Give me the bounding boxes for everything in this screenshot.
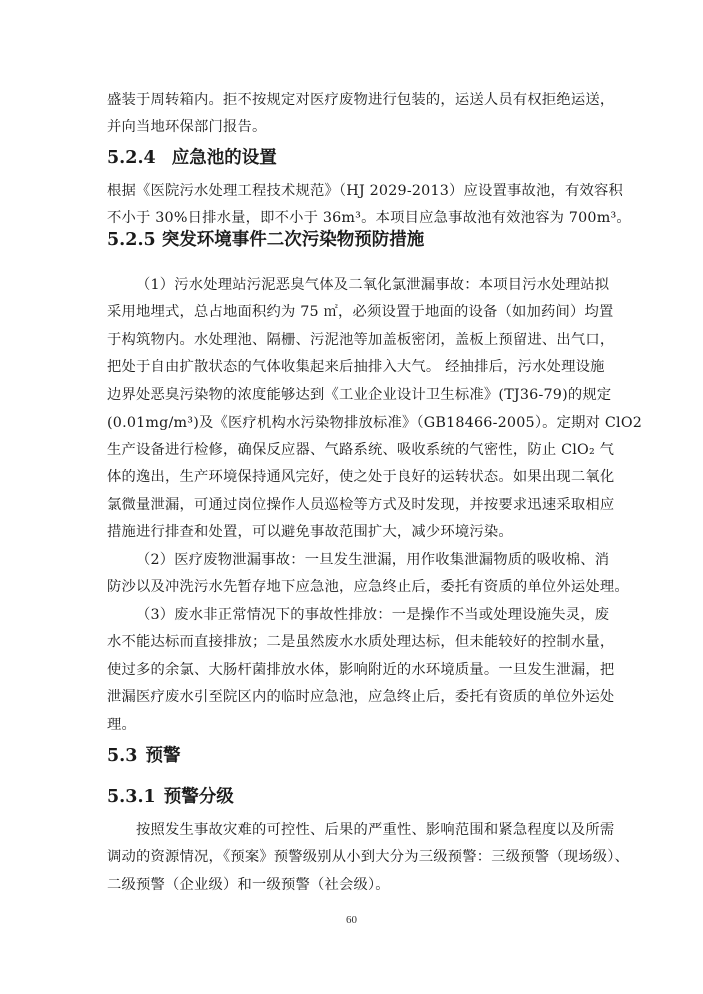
paragraph-line: （3）废水非正常情况下的事故性排放：一是操作不当或处理设施失灵，废 xyxy=(107,605,597,625)
paragraph-line: (0.01mg/m³)及《医疗机构水污染物排放标准》（GB18466-2005）… xyxy=(107,413,597,433)
paragraph-line: 氯微量泄漏，可通过岗位操作人员巡检等方式及时发现，并按要求迅速采取相应 xyxy=(107,495,597,515)
paragraph-line: 把处于自由扩散状态的气体收集起来后抽排入大气。 经抽排后，污水处理设施 xyxy=(107,357,597,377)
paragraph-line: 水不能达标而直接排放；二是虽然废水水质处理达标，但未能较好的控制水量， xyxy=(107,632,597,652)
section-heading-5-2-5: 5.2.5突发环境事件二次污染物预防措施 xyxy=(107,228,424,252)
paragraph-line: （1）污水处理站污泥恶臭气体及二氧化氯泄漏事故：本项目污水处理站拟 xyxy=(107,275,597,295)
paragraph-line: 根据《医院污水处理工程技术规范》（HJ 2029-2013）应设置事故池，有效容… xyxy=(107,181,597,201)
paragraph-line: 措施进行排查和处置，可以避免事故范围扩大，减少环境污染。 xyxy=(107,522,597,542)
paragraph-line: （2）医疗废物泄漏事故：一旦发生泄漏，用作收集泄漏物质的吸收棉、消 xyxy=(107,550,597,570)
heading-number: 5.2.5 xyxy=(107,230,156,250)
paragraph-line: 并向当地环保部门报告。 xyxy=(107,117,597,137)
section-heading-5-3: 5.3预警 xyxy=(107,744,180,768)
paragraph-line: 边界处恶臭污染物的浓度能够达到《工业企业设计卫生标准》(TJ36-79)的规定 xyxy=(107,385,597,405)
paragraph-line: 二级预警（企业级）和一级预警（社会级）。 xyxy=(107,875,597,895)
paragraph-line: 理。 xyxy=(107,715,597,735)
document-page: 盛装于周转箱内。拒不按规定对医疗废物进行包装的，运送人员有权拒绝运送， 并向当地… xyxy=(0,0,703,994)
heading-title: 突发环境事件二次污染物预防措施 xyxy=(162,230,425,250)
paragraph-line: 使过多的余氯、大肠杆菌排放水体，影响附近的水环境质量。一旦发生泄漏，把 xyxy=(107,660,597,680)
paragraph-line: 不小于 30%日排水量，即不小于 36m³。本项目应急事故池有效池容为 700m… xyxy=(107,208,597,228)
heading-title: 预警分级 xyxy=(164,787,234,807)
heading-number: 5.2.4 xyxy=(107,148,156,168)
heading-number: 5.3.1 xyxy=(107,787,156,807)
paragraph-line: 调动的资源情况，《预案》预警级别从小到大分为三级预警：三级预警（现场级）、 xyxy=(107,847,597,867)
paragraph-line: 采用地埋式，总占地面积约为 75 ㎡，必须设置于地面的设备（如加药间）均置 xyxy=(107,302,597,322)
section-heading-5-2-4: 5.2.4应急池的设置 xyxy=(107,146,277,170)
heading-number: 5.3 xyxy=(107,746,137,766)
heading-title: 预警 xyxy=(145,746,180,766)
paragraph-line: 体的逸出，生产环境保持通风完好，使之处于良好的运转状态。如果出现二氧化 xyxy=(107,467,597,487)
paragraph-line: 生产设备进行检修，确保反应器、气路系统、吸收系统的气密性，防止 ClO₂ 气 xyxy=(107,440,597,460)
paragraph-line: 泄漏医疗废水引至院区内的临时应急池，应急终止后，委托有资质的单位外运处 xyxy=(107,687,597,707)
page-number: 60 xyxy=(0,914,703,926)
paragraph-line: 按照发生事故灾难的可控性、后果的严重性、影响范围和紧急程度以及所需 xyxy=(107,820,597,840)
paragraph-line: 于构筑物内。水处理池、隔栅、污泥池等加盖板密闭，盖板上预留进、出气口， xyxy=(107,330,597,350)
paragraph-line: 防沙以及冲洗污水先暂存地下应急池，应急终止后，委托有资质的单位外运处理。 xyxy=(107,577,597,597)
section-heading-5-3-1: 5.3.1预警分级 xyxy=(107,785,234,809)
heading-title: 应急池的设置 xyxy=(172,148,277,168)
paragraph-line: 盛装于周转箱内。拒不按规定对医疗废物进行包装的，运送人员有权拒绝运送， xyxy=(107,90,597,110)
